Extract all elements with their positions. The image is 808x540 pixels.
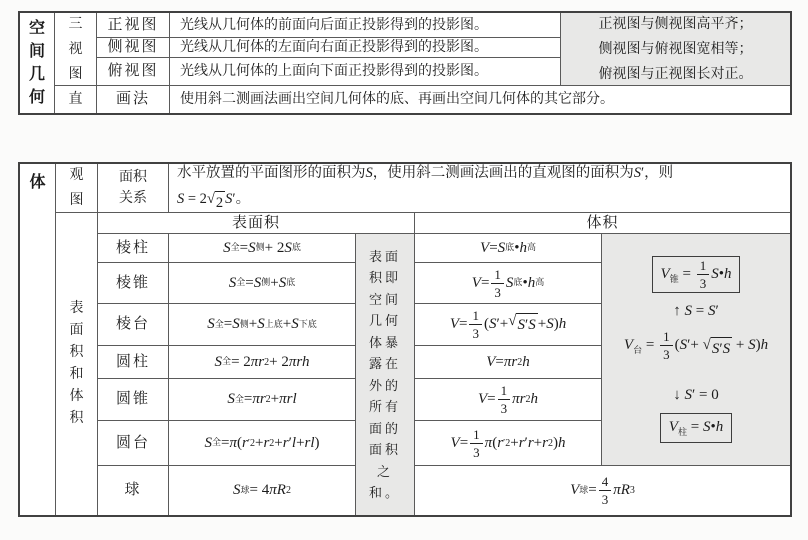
shape-name-conic-frustum: 圆台 bbox=[98, 421, 168, 465]
volume-formula-sphere: V球 = 43πR3 bbox=[415, 466, 790, 515]
up-arrow-condition: ↑ S = S′ bbox=[673, 300, 719, 323]
three-views-table: 空间几何 三视图 正视图 光线从几何体的前面向后面正投影得到的投影图。 侧视图 … bbox=[18, 11, 792, 115]
front-view-desc: 光线从几何体的前面向后面正投影得到的投影图。 bbox=[170, 13, 560, 37]
volume-relation-cell: V锥 = 13S•h ↑ S = S′ V台 = 13(S′+ √S′S + S… bbox=[602, 234, 790, 465]
table2-side-cell: 体 bbox=[20, 164, 55, 515]
zhi-label: 直 bbox=[55, 86, 96, 113]
surface-area-definition-cell: 表面积即空间几何体暴露在外的所有面的面积之和。 bbox=[356, 234, 414, 515]
body-label: 体 bbox=[29, 171, 45, 195]
area-relation-name-cell: 面积关系 bbox=[98, 164, 168, 212]
surface-area-definition-text: 表面积即空间几何体暴露在外的所有面的面积之和。 bbox=[363, 246, 407, 504]
rule-line-1: 正视图与侧视图高平齐； bbox=[599, 13, 753, 37]
surface-formula-sphere: S球 = 4πR2 bbox=[169, 466, 355, 515]
rule-line-3: 俯视图与正视图长对正。 bbox=[599, 62, 753, 86]
shape-name-sphere: 球 bbox=[98, 466, 168, 515]
surface-formula-cylinder: S全 = 2πr2 + 2πrh bbox=[169, 346, 355, 378]
surface-formula-pyramid: S全 = S侧 + S底 bbox=[169, 263, 355, 303]
volume-formula-cone: V = 13πr2h bbox=[415, 379, 601, 420]
three-views-group-cell: 三视图 bbox=[55, 13, 96, 85]
drawing-method-name: 画法 bbox=[97, 86, 169, 113]
surface-formula-prism: S全 = S侧 + 2S底 bbox=[169, 234, 355, 262]
shape-name-frustum: 棱台 bbox=[98, 304, 168, 345]
frustum-volume-formula: V台 = 13(S′+ √S′S + S)h bbox=[624, 330, 768, 361]
rule-line-2: 侧视图与俯视图宽相等； bbox=[599, 37, 753, 62]
down-arrow-condition: ↓ S′ = 0 bbox=[673, 384, 719, 407]
front-view-name: 正视图 bbox=[97, 13, 169, 37]
top-view-desc: 光线从几何体的上面向下面正投影得到的投影图。 bbox=[170, 58, 560, 85]
volume-formula-cylinder: V = πr2h bbox=[415, 346, 601, 378]
surface-volume-table: 体 观图 面积关系 水平放置的平面图形的面积为S，使用斜二测画法画出的直观图的面… bbox=[18, 162, 792, 517]
intuitive-view-group-cell: 观图 bbox=[56, 164, 97, 212]
table1-side-label: 空间几何 bbox=[20, 13, 54, 113]
surface-formula-conic-frustum: S全 = π(r′2 + r2 + r′l + rl) bbox=[169, 421, 355, 465]
surface-formula-cone: S全 = πr2 + πrl bbox=[169, 379, 355, 420]
volume-formula-conic-frustum: V = 13π(r′2 + r′r + r2)h bbox=[415, 421, 601, 465]
surface-formula-frustum: S全 = S侧 + S上底 + S下底 bbox=[169, 304, 355, 345]
section-label-cell: 表面积和体积 bbox=[56, 213, 97, 515]
shape-name-cylinder: 圆柱 bbox=[98, 346, 168, 378]
surface-and-volume-label: 表面积和体积 bbox=[68, 298, 86, 430]
volume-formula-frustum: V = 13(S′+ √S′S + S)h bbox=[415, 304, 601, 345]
spatial-geometry-label: 空间几何 bbox=[28, 17, 46, 109]
shape-name-prism: 棱柱 bbox=[98, 234, 168, 262]
side-view-name: 侧视图 bbox=[97, 38, 169, 57]
area-relation-formula: S = 2√2S′。 bbox=[177, 188, 250, 213]
intuitive-view-label: 观图 bbox=[68, 164, 86, 212]
volume-header: 体积 bbox=[415, 213, 790, 233]
side-view-desc: 光线从几何体的左面向右面正投影得到的投影图。 bbox=[170, 38, 560, 57]
drawing-method-desc: 使用斜二测画法画出空间几何体的底、再画出空间几何体的其它部分。 bbox=[170, 86, 790, 113]
top-view-name: 俯视图 bbox=[97, 58, 169, 85]
cone-volume-box: V锥 = 13S•h bbox=[652, 256, 741, 293]
volume-formula-pyramid: V = 13S底•h高 bbox=[415, 263, 601, 303]
area-relation-desc-cell: 水平放置的平面图形的面积为S，使用斜二测画法画出的直观图的面积为S′，则 S =… bbox=[169, 164, 790, 212]
shape-name-cone: 圆锥 bbox=[98, 379, 168, 420]
area-relation-label: 面积关系 bbox=[116, 167, 150, 209]
surface-area-header: 表面积 bbox=[98, 213, 414, 233]
three-views-label: 三视图 bbox=[67, 13, 85, 85]
area-relation-text: 水平放置的平面图形的面积为S，使用斜二测画法画出的直观图的面积为S′，则 bbox=[177, 164, 673, 185]
three-views-rule-note: 正视图与侧视图高平齐； 侧视图与俯视图宽相等； 俯视图与正视图长对正。 bbox=[561, 13, 790, 85]
volume-formula-prism: V = S底•h高 bbox=[415, 234, 601, 262]
cylinder-volume-box: V柱 = S•h bbox=[660, 413, 732, 443]
shape-name-pyramid: 棱锥 bbox=[98, 263, 168, 303]
